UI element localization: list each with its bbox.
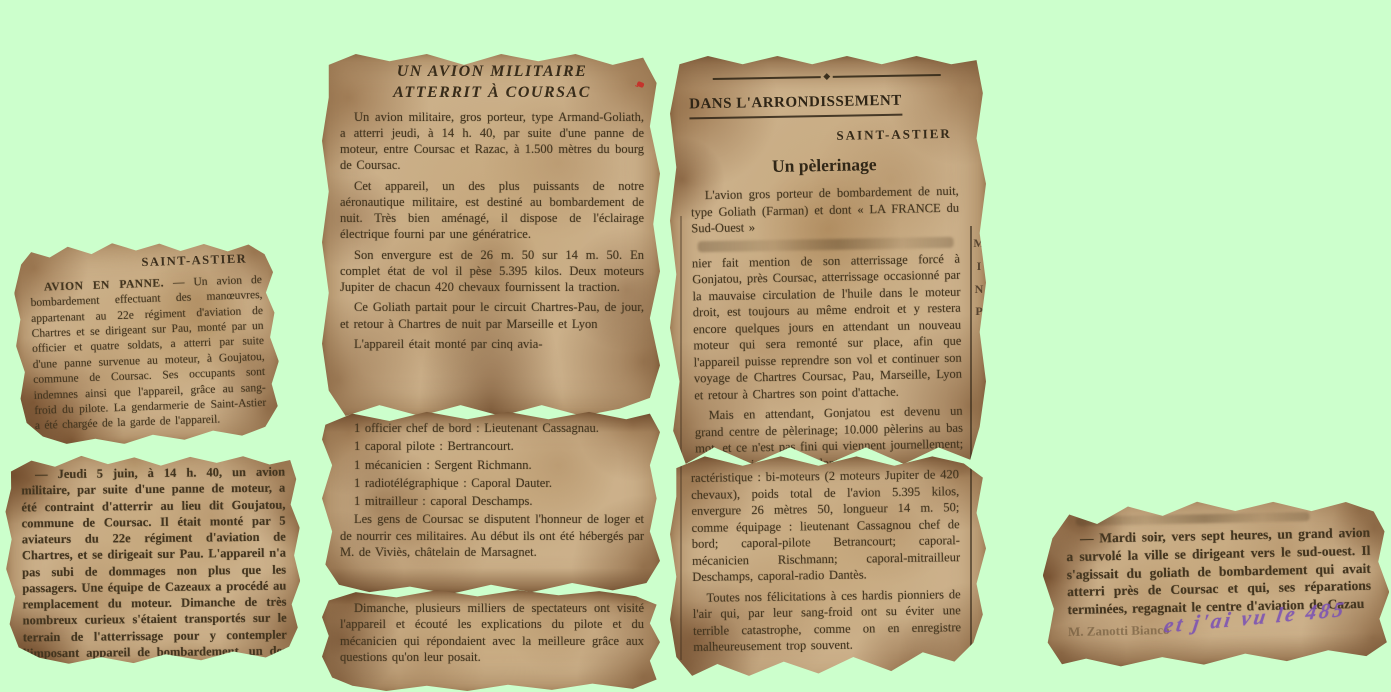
crew-line: 1 caporal pilote : Bertrancourt.	[340, 438, 644, 454]
location-header: SAINT-ASTIER	[690, 125, 952, 147]
clipping-c-paragraph-5: L'appareil était monté par cinq avia-	[340, 336, 644, 352]
clipping-c-paragraph-2: Cet appareil, un des plus puissants de n…	[340, 178, 644, 243]
clipping-a-body-text: — Un avion de bombardement effectuant de…	[30, 274, 266, 433]
clipping-jeudi-note: — Jeudi 5 juin, à 14 h. 40, un avion mil…	[5, 451, 301, 666]
clipping-atterrit-coursac: UN AVION MILITAIRE ATTERRIT À COURSAC Un…	[322, 54, 660, 692]
crew-line: 1 mécanicien : Sergent Richmann.	[340, 457, 644, 473]
clipping-d-paragraph-3b: ractéristique : bi-moteurs (2 moteurs Ju…	[691, 466, 961, 585]
crew-line: 1 mitrailleur : caporal Deschamps.	[340, 493, 644, 509]
article-title-line1: UN AVION MILITAIRE	[340, 62, 644, 83]
clipping-c-crew-content: 1 officier chef de bord : Lieutenant Cas…	[322, 410, 660, 560]
newsprint-paper: SAINT-ASTIER AVION EN PANNE. — Un avion …	[13, 235, 282, 447]
section-header: DANS L'ARRONDISSEMENT	[689, 92, 902, 120]
clipping-a-location-header: SAINT-ASTIER	[29, 250, 261, 275]
newsprint-paper: — Jeudi 5 juin, à 14 h. 40, un avion mil…	[5, 451, 301, 666]
clipping-a-paragraph: AVION EN PANNE. — Un avion de bombardeme…	[30, 273, 267, 435]
clipping-d-bottom-content: ractéristique : bi-moteurs (2 moteurs Ju…	[670, 454, 986, 656]
clipping-a-lead: AVION EN PANNE.	[44, 277, 164, 293]
newsprint-paper: — Mardi soir, vers sept heures, un grand…	[1041, 494, 1390, 669]
newsprint-piece-middle: 1 officier chef de bord : Lieutenant Cas…	[322, 410, 660, 594]
newsprint-piece-top: M I N P ◆ DANS L'ARRONDISSEMENT SAINT-AS…	[670, 56, 986, 468]
clipping-d-paragraph-1: L'avion gros porteur de bombardement de …	[691, 183, 960, 237]
clipping-mardi-note: — Mardi soir, vers sept heures, un grand…	[1041, 494, 1390, 669]
clipping-c-paragraph-7: Dimanche, plusieurs milliers de spectate…	[340, 600, 644, 665]
clipping-b-body-text: — Jeudi 5 juin, à 14 h. 40, un avion mil…	[21, 464, 287, 667]
clipping-c-paragraph-6: Les gens de Coursac se disputent l'honne…	[340, 511, 644, 560]
clipping-a-content: SAINT-ASTIER AVION EN PANNE. — Un avion …	[13, 235, 281, 435]
crew-line: 1 radiotélégraphique : Caporal Dauter.	[340, 475, 644, 491]
clipping-b-content: — Jeudi 5 juin, à 14 h. 40, un avion mil…	[5, 451, 301, 666]
clipping-c-top-content: UN AVION MILITAIRE ATTERRIT À COURSAC Un…	[322, 54, 660, 352]
illegible-line	[698, 236, 954, 251]
article-title: UN AVION MILITAIRE ATTERRIT À COURSAC	[340, 62, 644, 104]
newsprint-piece-bottom: ractéristique : bi-moteurs (2 moteurs Ju…	[670, 454, 986, 690]
illegible-line	[1076, 512, 1310, 526]
article-title-line2: ATTERRIT À COURSAC	[340, 83, 644, 104]
clipping-c-paragraph-4: Ce Goliath partait pour le circuit Chart…	[340, 299, 644, 332]
clipping-avion-en-panne: SAINT-ASTIER AVION EN PANNE. — Un avion …	[13, 235, 282, 447]
clipping-d-top-content: ◆ DANS L'ARRONDISSEMENT SAINT-ASTIER Un …	[670, 56, 986, 468]
clipping-pelerinage: M I N P ◆ DANS L'ARRONDISSEMENT SAINT-AS…	[670, 56, 986, 690]
clipping-d-paragraph-3a: Mais en attendant, Gonjatou est devenu u…	[694, 403, 963, 468]
clipping-c-paragraph-3: Son envergure est de 26 m. 50 sur 14 m. …	[340, 247, 644, 296]
newsprint-piece-bottom: Dimanche, plusieurs milliers de spectate…	[322, 588, 660, 692]
newsprint-piece-top: UN AVION MILITAIRE ATTERRIT À COURSAC Un…	[322, 54, 660, 416]
clipping-d-paragraph-4: Toutes nos félicitations à ces hardis pi…	[692, 586, 961, 656]
ornamental-rule: ◆	[713, 70, 941, 83]
clipping-c-bottom-content: Dimanche, plusieurs milliers de spectate…	[322, 588, 660, 665]
article-title: Un pèlerinage	[690, 152, 958, 180]
scanned-clippings-canvas: SAINT-ASTIER AVION EN PANNE. — Un avion …	[0, 0, 1391, 692]
ornament-diamond-icon: ◆	[820, 72, 833, 81]
clipping-d-paragraph-2: nier fait mention de son atterrissage fo…	[692, 250, 963, 403]
crew-line: 1 officier chef de bord : Lieutenant Cas…	[340, 420, 644, 436]
clipping-c-paragraph-1: Un avion militaire, gros porteur, type A…	[340, 109, 644, 174]
